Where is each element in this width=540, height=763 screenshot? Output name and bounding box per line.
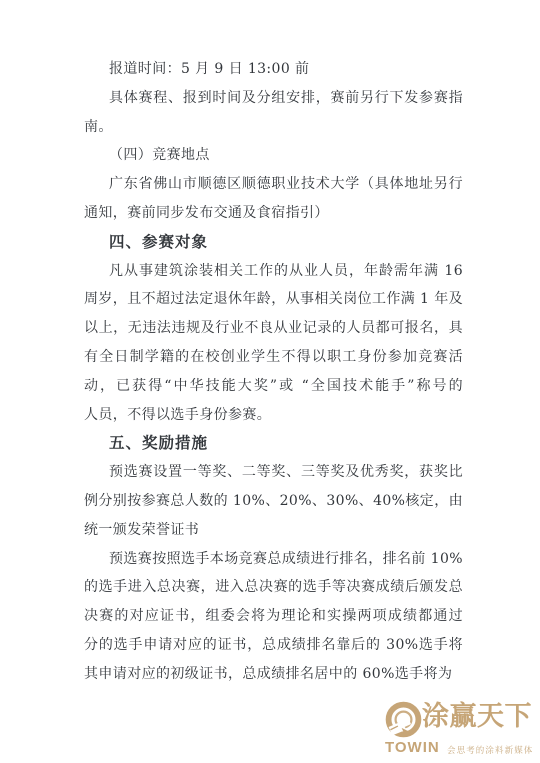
text-line: 凡从事建筑涂装相关工作的从业人员，年龄需年满 16 [84,257,463,286]
text-line: 以上，无违法违规及行业不良从业记录的人员都可报名，具 [84,314,463,343]
text-line: 有全日制学籍的在校创业学生不得以职工身份参加竞赛活 [84,343,463,372]
brand-latin: TOWIN [385,739,440,757]
text-line: 统一颁发荣誉证书 [84,516,463,545]
text-line: 预选赛设置一等奖、二等奖、三等奖及优秀奖，获奖比 [84,458,463,487]
text-line: （四）竞赛地点 [84,141,463,170]
text-line: 动，已获得“中华技能大奖”或 “全国技术能手”称号的 [84,372,463,401]
text-line: 分的选手申请对应的证书，总成绩排名靠后的 30%选手将为 [84,631,463,660]
paint-swirl-icon [383,699,424,740]
text-line: 南。 [84,113,463,142]
text-line: 通知，赛前同步发布交通及食宿指引） [84,199,463,228]
section-heading: 四、参赛对象 [84,228,463,257]
document-page: 报道时间：5 月 9 日 13:00 前具体赛程、报到时间及分组安排，赛前另行下… [0,0,540,763]
towin-watermark: 涂赢天下 TOWIN 会思考的涂料新媒体 [383,697,535,761]
brand-tagline: 会思考的涂料新媒体 [447,745,533,756]
text-line: 具体赛程、报到时间及分组安排，赛前另行下发参赛指 [84,84,463,113]
section-heading: 五、奖励措施 [84,429,463,458]
brand-name: 涂赢天下 [422,698,535,736]
text-line: 报道时间：5 月 9 日 13:00 前 [84,55,463,84]
text-line: 周岁，且不超过法定退休年龄，从事相关岗位工作满 1 年及 [84,285,463,314]
text-line: 预选赛按照选手本场竞赛总成绩进行排名，排名前 10% [84,545,463,574]
text-line: 的选手进入总决赛，进入总决赛的选手等决赛成绩后颁发总 [84,573,463,602]
text-line: 人员，不得以选手身份参赛。 [84,401,463,430]
text-line: 决赛的对应证书，组委会将为理论和实操两项成绩都通过 60 [84,602,463,631]
text-line: 例分别按参赛总人数的 10%、20%、30%、40%核定，由组委会 [84,487,463,516]
document-body: 报道时间：5 月 9 日 13:00 前具体赛程、报到时间及分组安排，赛前另行下… [84,55,463,689]
text-line: 广东省佛山市顺德区顺德职业技术大学（具体地址另行 [84,170,463,199]
text-line: 其申请对应的初级证书，总成绩排名居中的 60%选手将为其 [84,660,463,689]
